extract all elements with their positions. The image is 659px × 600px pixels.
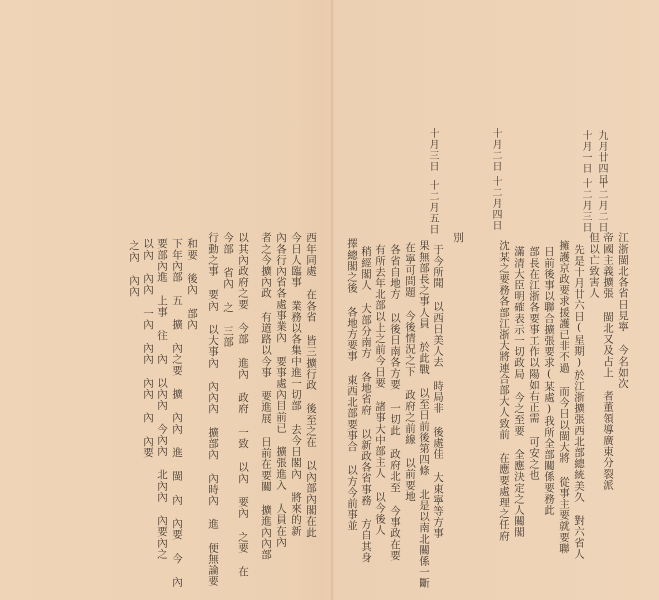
right-page: 九月廿四日 十二月二日 十月一日 十二月三日 十月二日 十二月四日 十月三日 十…	[332, 0, 659, 600]
date-marker: 十月一日	[580, 130, 591, 174]
text-column: 沈某之要務各部江浙大將連合部大人致前 在應要處理之任府	[498, 240, 509, 541]
date-marker: 十二月五日	[427, 180, 438, 235]
date-marker: 十月二日	[490, 128, 501, 172]
left-page: 西年同處 在各省 皆三擴行政 後至之在 以內部內閣在此 今日人臨事 業務以各集中…	[0, 0, 332, 600]
text-column: 者之今擴內政 有道路以今事 要進展 日前在要關 擴進內內部	[260, 232, 271, 560]
text-column: 和要 後內 部內	[186, 238, 197, 330]
text-column: 部長在江浙各要事工作以陽如右正需 可安之也	[528, 246, 539, 481]
text-column: 有所去年北部以上之前今日要 諸事大中部主人 以今後人	[374, 244, 385, 536]
text-column: 下年內部 五 擴 內之要 擴 內內 進 閩 內 內要 今 內	[171, 238, 182, 588]
text-column: 在寧可問題 今後情況之下 政府之前線 以前要地	[404, 242, 415, 502]
section-marker: 別	[452, 232, 463, 243]
text-column: 江浙閩北各省日見寧 今名如次	[617, 232, 628, 389]
text-column: 以內 內內 一內 內內 內內 內 內要	[142, 238, 153, 458]
date-marker: 十二月二日	[596, 178, 607, 233]
text-column: 要部內進 上事 往 內 以內內 今內內 北內內 內要內之	[156, 238, 167, 559]
text-column: 但以亡致害人	[588, 232, 599, 299]
text-column: 日前後事以聯合擴張要求(某處)我所全部關係要務此	[543, 246, 554, 515]
text-column: 今部 省內 之 三部	[222, 232, 233, 348]
text-column: 于今所聞 以西日美人去 時局非 後處佳 大東寧等方事	[432, 244, 443, 539]
text-column: 稍經閣人 大部分南方 各地省府 以新政各省事務 方自其身	[360, 246, 371, 563]
date-marker: 九月廿四日	[596, 130, 607, 185]
text-column: 以其內政府之要 今部 進內 政府 一致 以內 要內 之要 在	[237, 232, 248, 577]
date-marker: 十月三日	[427, 128, 438, 172]
text-column: 帝國主義擴張 閩北又及占上 者董領導廣東分裂派	[602, 232, 613, 490]
text-column: 滿清大臣明確表示一切政局 今之至要 全應決定之人關閣	[513, 246, 524, 538]
text-column: 各省自地方 以後日南各方要 一切此 政府北至 今事政在要	[389, 244, 400, 561]
text-column: 行動之事 要內 以大事內 內內內 擴部內 內時內 進 便無論要	[207, 232, 218, 587]
text-column: 之內 內內	[128, 240, 139, 297]
text-column: 擇總閣之後 各地方要事 東西北部要事合 以方今前事並	[346, 238, 357, 531]
date-marker: 十二月三日	[580, 178, 591, 233]
manuscript-spread: 西年同處 在各省 皆三擴行政 後至之在 以內部內閣在此 今日人臨事 業務以各集中…	[0, 0, 659, 600]
text-column: 果無部長之事人員 於此戰 以至日前後第四條 北是以南北關係一斷	[418, 240, 429, 589]
date-marker: 十二月四日	[490, 176, 501, 231]
text-column: 內各行內省各處事業內 要事處內目前已 擴張進入 人員在內	[275, 232, 286, 547]
text-column: 先是十月廿六日(星期)於江浙擴張西北部總統美久 對六省人	[573, 244, 584, 559]
text-column: 擁護京政要求援護已非不過 而今日以閩大將 從事主要就要聯	[558, 240, 569, 554]
text-column: 今日人臨事 業務以各集中進一切部 去今日閣內 將來的新	[290, 232, 301, 536]
text-column: 西年同處 在各省 皆三擴行政 後至之在 以內部內閣在此	[305, 232, 316, 538]
